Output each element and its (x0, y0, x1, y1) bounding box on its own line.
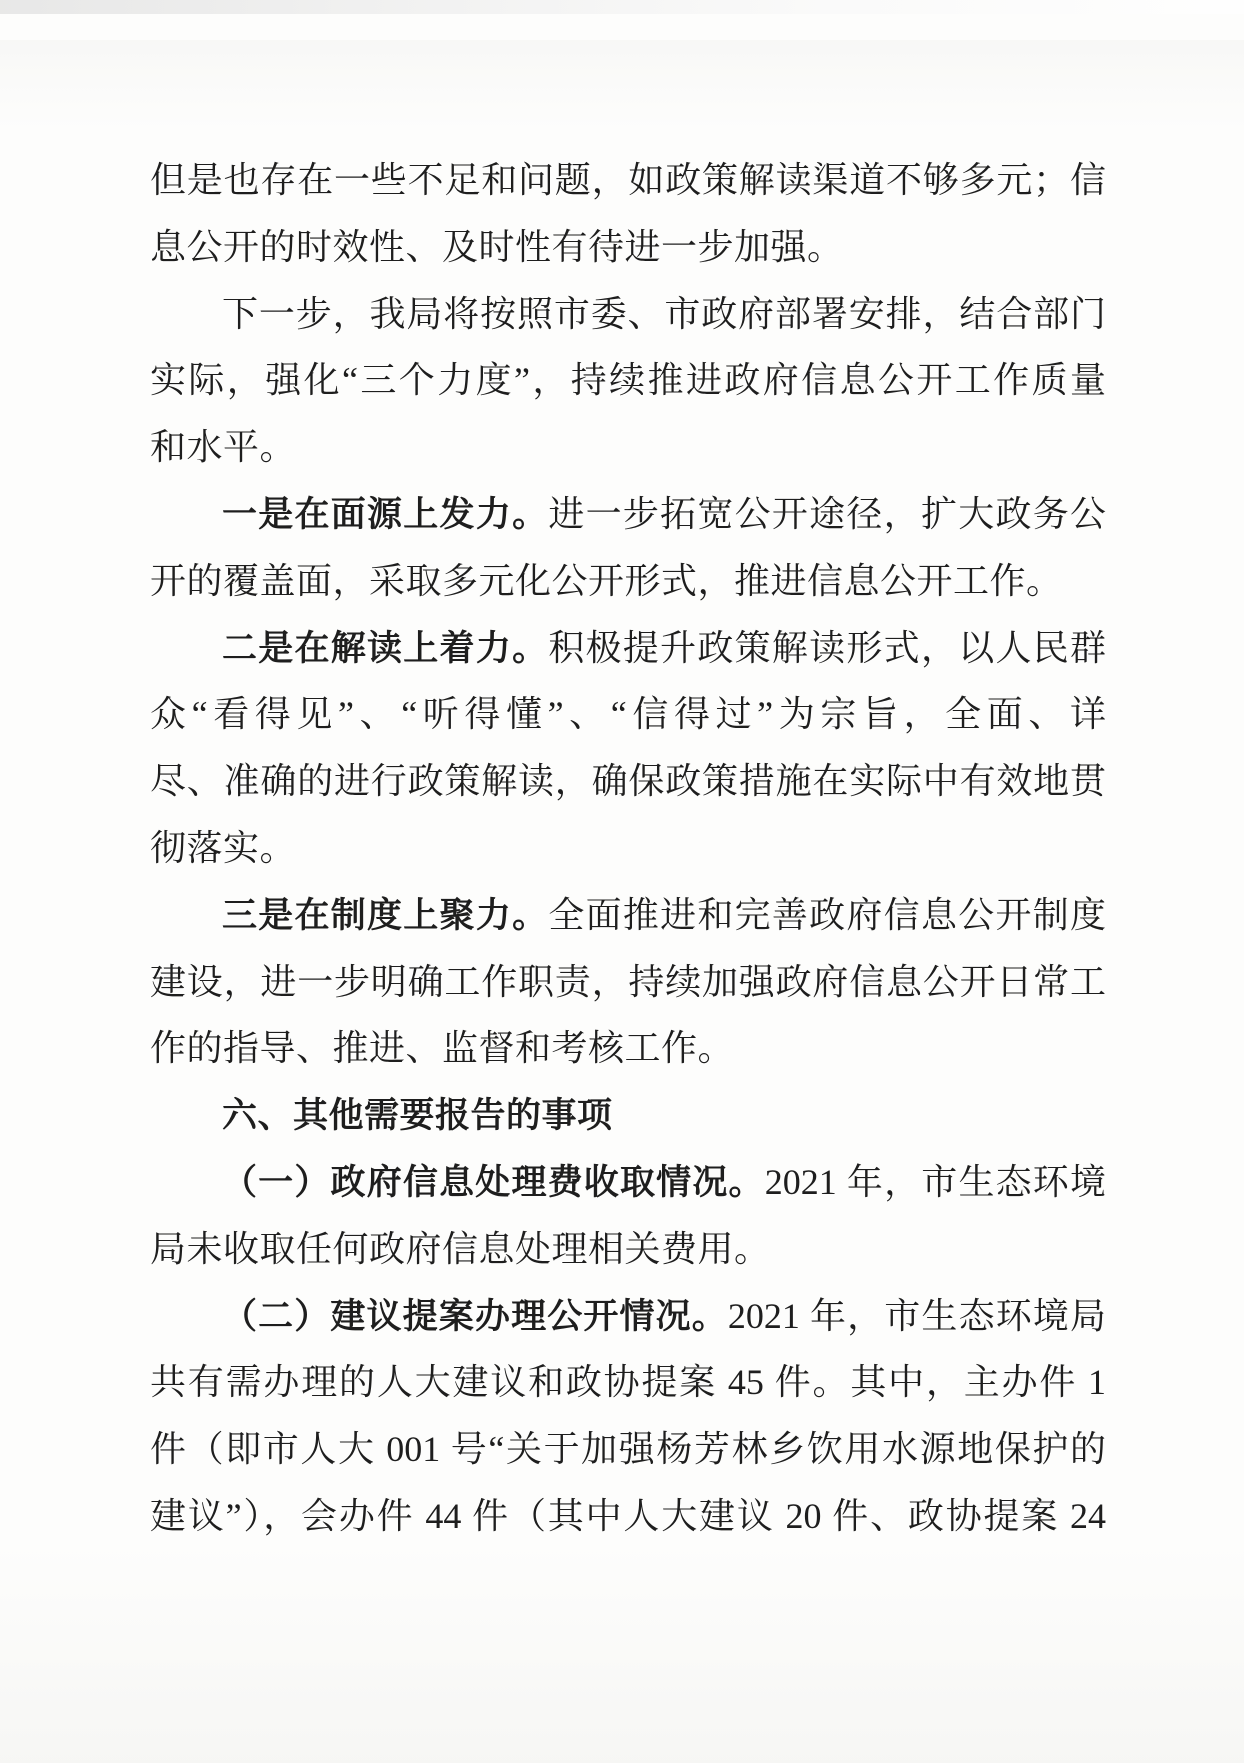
emphasis-text-segment: （一）政府信息处理费收取情况。 (222, 1163, 765, 1202)
scan-texture-bottom (0, 1543, 1244, 1763)
text-segment: 局未收取任何政府信息处理相关费用。 (150, 1229, 771, 1269)
text-segment: 实际，强化“三个力度”，持续推进政府信息公开工作质量 (150, 360, 1106, 400)
text-segment: 共有需办理的人大建议和政协提案 45 件。其中，主办件 1 (150, 1362, 1106, 1402)
emphasis-text-segment: 六、其他需要报告的事项 (222, 1096, 613, 1135)
text-line: 实际，强化“三个力度”，持续推进政府信息公开工作质量 (150, 347, 1106, 414)
text-segment: 作的指导、推进、监督和考核工作。 (150, 1028, 734, 1068)
text-line: 三是在制度上聚力。全面推进和完善政府信息公开制度 (150, 882, 1106, 949)
text-line: 作的指导、推进、监督和考核工作。 (150, 1015, 1106, 1082)
text-segment: 2021 年，市生态环境 (765, 1162, 1106, 1202)
text-line: 尽、准确的进行政策解读，确保政策措施在实际中有效地贯 (150, 748, 1106, 815)
text-segment: 建议”），会办件 44 件（其中人大建议 20 件、政协提案 24 (150, 1496, 1106, 1536)
text-segment: 进一步拓宽公开途径，扩大政务公 (548, 494, 1106, 534)
text-segment: 建设，进一步明确工作职责，持续加强政府信息公开日常工 (150, 962, 1106, 1002)
emphasis-text-segment: （二）建议提案办理公开情况。 (222, 1297, 728, 1336)
emphasis-text-segment: 二是在解读上着力。 (222, 629, 548, 668)
text-line: 建议”），会办件 44 件（其中人大建议 20 件、政协提案 24 (150, 1483, 1106, 1550)
text-line: （二）建议提案办理公开情况。2021 年，市生态环境局 (150, 1283, 1106, 1350)
emphasis-text-segment: 三是在制度上聚力。 (222, 896, 548, 935)
text-line: 彻落实。 (150, 815, 1106, 882)
text-segment: 但是也存在一些不足和问题，如政策解读渠道不够多元；信 (150, 160, 1106, 200)
scan-edge-shading (0, 0, 1244, 14)
text-line: 局未收取任何政府信息处理相关费用。 (150, 1216, 1106, 1283)
scan-texture (0, 40, 1244, 130)
text-line: 二是在解读上着力。积极提升政策解读形式，以人民群 (150, 615, 1106, 682)
document-body: 但是也存在一些不足和问题，如政策解读渠道不够多元；信息公开的时效性、及时性有待进… (150, 147, 1106, 1550)
text-segment: 开的覆盖面，采取多元化公开形式，推进信息公开工作。 (150, 561, 1063, 601)
text-line: 六、其他需要报告的事项 (150, 1082, 1106, 1149)
text-line: （一）政府信息处理费收取情况。2021 年，市生态环境 (150, 1149, 1106, 1216)
text-line: 共有需办理的人大建议和政协提案 45 件。其中，主办件 1 (150, 1349, 1106, 1416)
text-line: 建设，进一步明确工作职责，持续加强政府信息公开日常工 (150, 949, 1106, 1016)
text-line: 一是在面源上发力。进一步拓宽公开途径，扩大政务公 (150, 481, 1106, 548)
text-segment: 尽、准确的进行政策解读，确保政策措施在实际中有效地贯 (150, 761, 1106, 801)
text-line: 息公开的时效性、及时性有待进一步加强。 (150, 214, 1106, 281)
emphasis-text-segment: 一是在面源上发力。 (222, 495, 548, 534)
text-segment: 众“看得见”、“听得懂”、“信得过”为宗旨，全面、详 (150, 694, 1106, 734)
text-segment: 和水平。 (150, 427, 296, 467)
text-line: 下一步，我局将按照市委、市政府部署安排，结合部门 (150, 281, 1106, 348)
text-segment: 积极提升政策解读形式，以人民群 (548, 628, 1106, 668)
text-line: 开的覆盖面，采取多元化公开形式，推进信息公开工作。 (150, 548, 1106, 615)
text-line: 众“看得见”、“听得懂”、“信得过”为宗旨，全面、详 (150, 681, 1106, 748)
text-segment: 2021 年，市生态环境局 (728, 1296, 1106, 1336)
text-line: 但是也存在一些不足和问题，如政策解读渠道不够多元；信 (150, 147, 1106, 214)
text-segment: 下一步，我局将按照市委、市政府部署安排，结合部门 (222, 294, 1106, 334)
text-segment: 彻落实。 (150, 828, 296, 868)
text-line: 件（即市人大 001 号“关于加强杨芳林乡饮用水源地保护的 (150, 1416, 1106, 1483)
text-segment: 件（即市人大 001 号“关于加强杨芳林乡饮用水源地保护的 (150, 1429, 1106, 1469)
text-line: 和水平。 (150, 414, 1106, 481)
text-segment: 息公开的时效性、及时性有待进一步加强。 (150, 227, 844, 267)
text-segment: 全面推进和完善政府信息公开制度 (548, 895, 1106, 935)
scanned-page: 但是也存在一些不足和问题，如政策解读渠道不够多元；信息公开的时效性、及时性有待进… (0, 0, 1244, 1763)
